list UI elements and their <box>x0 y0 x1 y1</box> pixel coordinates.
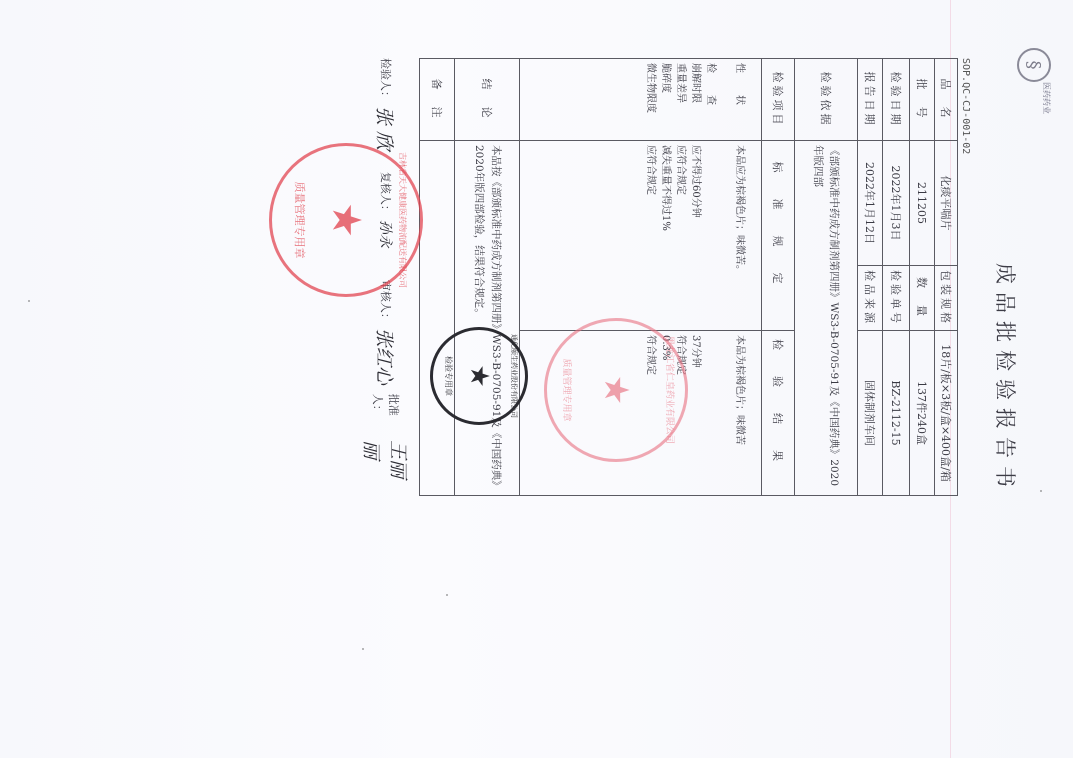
scan-speck <box>1040 490 1042 492</box>
label-test-date: 检验日期 <box>883 59 910 141</box>
item-result: 37分钟 <box>688 335 703 491</box>
item-result <box>703 335 718 491</box>
row-test-date: 检验日期 2022年1月3日 检验单号 BZ-2112-15 <box>883 59 910 496</box>
auditor-signature: 审核人： 张红心 <box>373 280 400 394</box>
item-name: 崩解时限 <box>688 63 703 136</box>
star-icon: ★ <box>326 202 366 238</box>
label-sample-source: 检品来源 <box>858 266 883 331</box>
item-name: 微生物限度 <box>643 63 658 136</box>
inspection-report-page: § 医药药业 成品批检验报告书 SOP.QC-CJ-001-02 品 名 化痰平… <box>0 0 1073 758</box>
label-remarks: 备 注 <box>420 59 455 141</box>
inspector-name: 张 欣 <box>373 106 400 150</box>
manufacturer-quality-stamp: ★ 黑龙江省仁皇药业有限公司 质量管理专用章 <box>544 318 688 462</box>
label-report-date: 报告日期 <box>858 59 883 141</box>
value-batch-number: 211205 <box>910 141 935 266</box>
row-report-date: 报告日期 2022年1月12日 检品来源 固体制剂车间 <box>858 59 883 496</box>
report-title: 成品批检验报告书 <box>991 0 1021 758</box>
value-quantity: 137件240盒 <box>910 331 935 496</box>
row-batch: 批 号 211205 数 量 137件240盒 <box>910 59 935 496</box>
value-test-number: BZ-2112-15 <box>883 331 910 496</box>
company-logo-icon: § <box>1017 48 1051 82</box>
label-batch-number: 批 号 <box>910 59 935 141</box>
row-items-header: 检验项目 标准规定 检验结果 <box>762 59 795 496</box>
scan-speck <box>28 300 30 302</box>
star-icon: ★ <box>466 364 492 387</box>
item-standards-column: 本品应为棕褐色片；味微苦。应不得过60分钟应符合规定减失重量不得过1%应符合规定 <box>520 141 762 331</box>
value-remarks <box>420 141 455 496</box>
value-conclusion: 本品按《部颁标准中药成方制剂第四册》WS3-B-0705-91及《中国药典》20… <box>455 141 520 496</box>
distributor-quality-stamp: ★ 吉林省天大健康医药物流配送有限公司 质量管理专用章 <box>269 143 423 297</box>
approver-signature: 批准人： 王丽丽 <box>359 394 413 495</box>
item-name: 性 状 <box>732 63 747 136</box>
spacer <box>718 145 732 326</box>
header-test-item: 检验项目 <box>762 59 795 141</box>
header-result: 检验结果 <box>762 331 795 496</box>
approver-name: 王丽丽 <box>359 440 413 495</box>
company-name: 医药药业 <box>1041 82 1051 114</box>
scan-speck <box>446 594 448 596</box>
item-result: 本品为棕褐色片；味微苦 <box>732 335 747 491</box>
item-name: 重量差异 <box>673 63 688 136</box>
row-conclusion: 结 论 本品按《部颁标准中药成方制剂第四册》WS3-B-0705-91及《中国药… <box>455 59 520 496</box>
scan-speck <box>362 648 364 650</box>
test-dept-stamp: ★ 通化颐生药业股份有限公司 检验专用章 <box>430 327 528 425</box>
value-sample-source: 固体制剂车间 <box>858 331 883 496</box>
report-table: 品 名 化痰平喘片 包装规格 18片/板×3板/盒×400盒/箱 批 号 211… <box>419 58 958 496</box>
item-standard: 应符合规定 <box>673 145 688 326</box>
item-standard: 本品应为棕褐色片；味微苦。 <box>732 145 747 326</box>
item-standard: 应符合规定 <box>643 145 658 326</box>
document-number: SOP.QC-CJ-001-02 <box>960 58 971 154</box>
item-standard <box>703 145 718 326</box>
header-standard: 标准规定 <box>762 141 795 331</box>
item-standard: 减失重量不得过1% <box>658 145 673 326</box>
item-names-column: 性 状检 查崩解时限重量差异脆碎度微生物限度 <box>520 59 762 141</box>
item-standard: 应不得过60分钟 <box>688 145 703 326</box>
row-basis: 检验依据 《部颁标准中药成方制剂第四册》WS3-B-0705-91及《中国药典》… <box>795 59 858 496</box>
label-conclusion: 结 论 <box>455 59 520 141</box>
label-product-name: 品 名 <box>935 59 958 141</box>
row-product: 品 名 化痰平喘片 包装规格 18片/板×3板/盒×400盒/箱 <box>935 59 958 496</box>
item-name: 检 查 <box>703 63 718 136</box>
label-test-number: 检验单号 <box>883 266 910 331</box>
value-test-date: 2022年1月3日 <box>883 141 910 266</box>
auditor-name: 张红心 <box>373 328 400 385</box>
label-quantity: 数 量 <box>910 266 935 331</box>
value-report-date: 2022年1月12日 <box>858 141 883 266</box>
item-name: 脆碎度 <box>658 63 673 136</box>
star-icon: ★ <box>599 375 633 405</box>
value-test-basis: 《部颁标准中药成方制剂第四册》WS3-B-0705-91及《中国药典》2020年… <box>795 141 858 496</box>
value-product-name: 化痰平喘片 <box>935 141 958 266</box>
label-test-basis: 检验依据 <box>795 59 858 141</box>
spacer <box>718 335 732 491</box>
label-package-spec: 包装规格 <box>935 266 958 331</box>
spacer <box>718 63 732 136</box>
value-package-spec: 18片/板×3板/盒×400盒/箱 <box>935 331 958 496</box>
row-remarks: 备 注 <box>420 59 455 496</box>
